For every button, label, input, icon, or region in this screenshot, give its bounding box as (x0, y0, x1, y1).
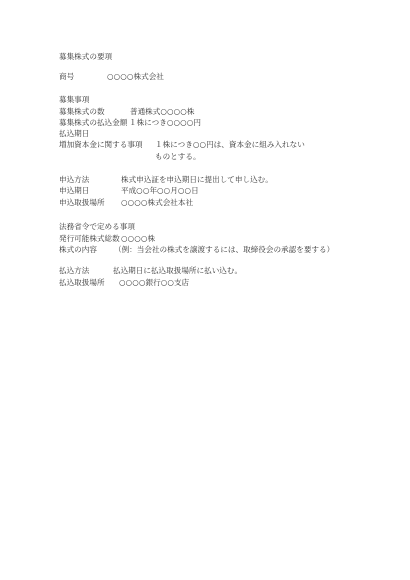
payment-amount-value: １株につき○○○○円 (129, 118, 201, 128)
trade-name-label: 商号 (59, 72, 74, 82)
application-date-value: 平成○○年○○月○○日 (121, 186, 199, 196)
payment-place-value: ○○○○銀行○○支店 (119, 278, 189, 288)
payment-method-label: 払込方法 (59, 266, 89, 276)
application-method-label: 申込方法 (59, 175, 89, 185)
application-method-value: 株式申込証を申込期日に提出して申し込む。 (121, 175, 273, 185)
authorized-shares-label: 発行可能株式総数 (59, 234, 120, 244)
capital-increase-label: 増加資本金に関する事項 (59, 140, 143, 150)
authorized-shares-value: ○○○○株 (121, 234, 155, 244)
trade-name-value: ○○○○株式会社 (107, 72, 164, 82)
share-count-label: 募集株式の数 (59, 107, 105, 117)
payment-method-value: 払込期日に払込取扱場所に払い込む。 (113, 266, 242, 276)
application-date-label: 申込期日 (59, 186, 89, 196)
share-content-value: （例：当会社の株式を譲渡するには、取締役会の承認を要する） (114, 245, 334, 255)
capital-increase-value-cont: ものとする。 (155, 152, 201, 162)
payment-place-label: 払込取扱場所 (59, 278, 105, 288)
statutory-heading-text: 法務省令で定める事項 (59, 222, 135, 232)
share-count-value: 普通株式○○○○株 (130, 107, 194, 117)
payment-amount-label: 募集株式の払込金額 (59, 118, 127, 128)
application-place-value: ○○○○株式会社本社 (121, 198, 193, 208)
share-content-label: 株式の内容 (59, 245, 97, 255)
payment-date-label: 払込期日 (59, 129, 89, 139)
document-page: 募集株式の要項 商号 ○○○○株式会社 募集事項 募集株式の数 普通株式○○○○… (0, 0, 410, 580)
application-place-label: 申込取扱場所 (59, 198, 105, 208)
title-text: 募集株式の要項 (59, 52, 112, 62)
offering-heading-text: 募集事項 (59, 95, 89, 105)
capital-increase-value: １株につき○○円は、資本金に組み入れない (155, 140, 305, 150)
